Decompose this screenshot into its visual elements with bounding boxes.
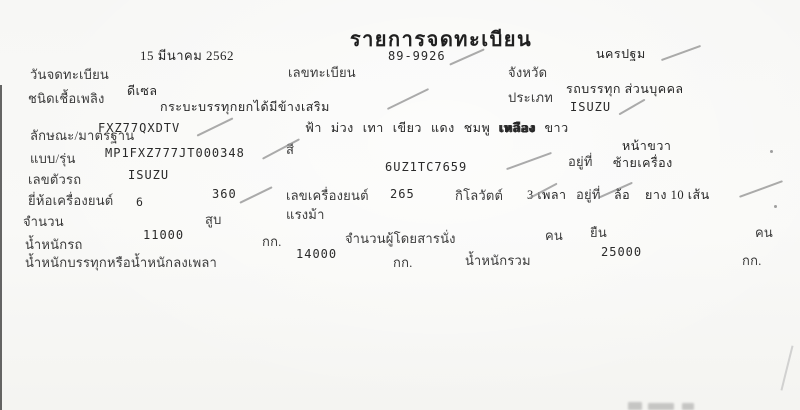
pencil-tick-mark (506, 152, 552, 170)
wheels-value: ล้อ (614, 185, 630, 205)
vehicle-weight-value: 11000 (143, 228, 184, 242)
count-label: จำนวน (23, 211, 64, 232)
kg-unit-label: กก. (393, 252, 413, 273)
color-word: ฟ้า (305, 121, 322, 135)
kilowatt-label: กิโลวัตต์ (455, 185, 503, 206)
located-at-label: อยู่ที่ (568, 151, 593, 172)
cylinders-value: 6 (136, 195, 144, 209)
standing-label: ยืน (590, 222, 607, 243)
passengers-seated-label: จำนวนผู้โดยสารนั่ง (345, 228, 456, 249)
pencil-tick-mark (239, 186, 272, 204)
cylinder-unit-label: สูบ (205, 209, 222, 230)
color-word: แดง (431, 121, 455, 135)
vehicle-brand-value: ISUZU (570, 100, 611, 114)
color-word: ชมพู (464, 121, 490, 135)
scanned-registration-document: รายการจดทะเบียน 15 มีนาคม 2562 89-9926 น… (0, 0, 800, 410)
person-unit-label: คน (545, 225, 563, 246)
load-weight-label: น้ำหนักบรรทุกหรือน้ำหนักลงเพลา (25, 252, 217, 273)
registration-date-label: วันจดทะเบียน (30, 64, 109, 85)
horsepower-label: แรงม้า (286, 204, 325, 225)
ink-speck (770, 150, 773, 153)
pencil-tick-mark (661, 45, 701, 61)
fuel-type-label: ชนิดเชื้อเพลิง (28, 88, 105, 109)
cutoff-print-artifact (648, 403, 674, 410)
cutoff-print-artifact (682, 403, 694, 410)
person-unit-label: คน (755, 222, 773, 243)
engine-number-value: 6UZ1TC7659 (385, 160, 467, 174)
color-word: เขียว (393, 121, 422, 135)
color-word: ขาว (545, 121, 569, 135)
pencil-tick-mark (619, 99, 646, 116)
color-values: ฟ้าม่วงเทาเขียวแดงชมพูเหลืองขาว (305, 118, 578, 138)
chassis-number-label: เลขตัวรถ (28, 169, 81, 190)
pencil-tick-mark (739, 180, 783, 198)
total-weight-value: 25000 (601, 245, 642, 259)
color-word: ม่วง (331, 121, 354, 135)
total-weight-label: น้ำหนักรวม (465, 250, 531, 271)
kg-unit-label: กก. (742, 250, 762, 271)
body-style-value: กระบะบรรทุกยกได้มีข้างเสริม (160, 97, 330, 117)
color-word: เทา (363, 121, 384, 135)
model-label: แบบ/รุ่น (30, 148, 76, 169)
horsepower-value: 360 (212, 187, 237, 201)
located-at-label-overlapped: อยู่ที่ (576, 184, 601, 205)
province-label: จังหวัด (508, 62, 547, 83)
pencil-tick-mark (387, 88, 429, 110)
registration-number-value: 89-9926 (388, 49, 446, 63)
engine-number-label: เลขเครื่องยนต์ (286, 185, 369, 206)
kilowatt-value: 265 (390, 187, 415, 201)
scan-edge-artifact (0, 85, 2, 410)
model-code-value: FXZ77QXDTV (98, 121, 180, 135)
vehicle-type-value: รถบรรทุก ส่วนบุคคล (566, 79, 684, 99)
engine-brand-value: ISUZU (128, 168, 169, 182)
color-word-overstruck: เหลือง (499, 121, 535, 135)
province-value: นครปฐม (596, 44, 646, 64)
engine-brand-label: ยี่ห้อเครื่องยนต์ (28, 190, 113, 211)
scan-crease-artifact (780, 346, 793, 391)
pencil-tick-mark (262, 138, 300, 159)
fuel-type-value: ดีเซล (127, 81, 158, 101)
cutoff-print-artifact (628, 402, 642, 410)
registration-date-value: 15 มีนาคม 2562 (140, 45, 234, 66)
tires-value: ยาง 10 เส้น (645, 185, 710, 205)
chassis-number-value: MP1FXZ777JT000348 (105, 146, 245, 160)
kg-unit-label: กก. (262, 231, 282, 252)
registration-number-label: เลขทะเบียน (288, 62, 356, 83)
pencil-tick-mark (197, 117, 234, 136)
vehicle-type-label: ประเภท (508, 87, 553, 108)
ink-speck (774, 205, 777, 208)
engine-number-location-value: ซ้ายเครื่อง (613, 153, 673, 173)
load-weight-value: 14000 (296, 247, 337, 261)
